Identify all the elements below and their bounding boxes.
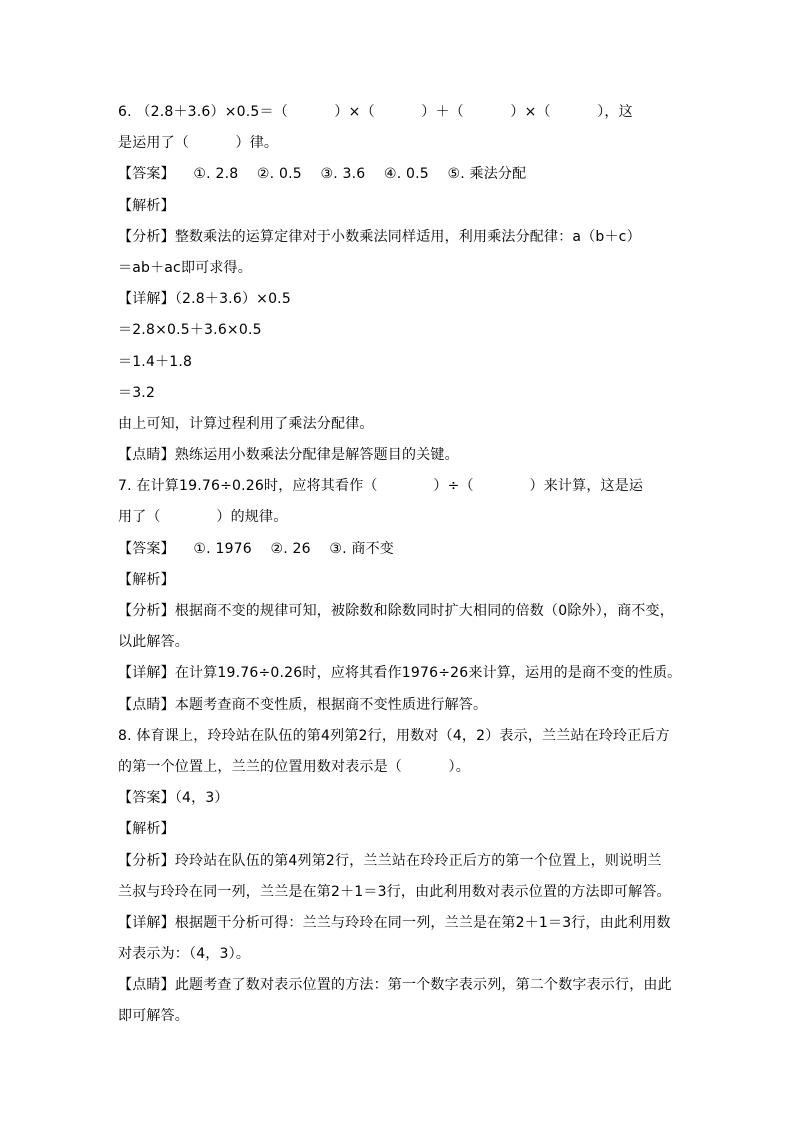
analysis-line: 【分析】玲玲站在队伍的第4列第2行，兰兰站在玲玲正后方的第一个位置上，则说明兰 <box>118 849 678 880</box>
detail-text: 根据题干分析可得：兰兰与玲玲在同一列，兰兰是在第2＋1＝3行，由此利用数 <box>175 915 671 931</box>
question-7: 7. 在计算19.76÷0.26时，应将其看作（ ）÷（ ）来计算，这是运 用了… <box>118 474 678 724</box>
comment-line: 即可解答。 <box>118 1004 678 1035</box>
detail-line: 【详解】根据题干分析可得：兰兰与玲玲在同一列，兰兰是在第2＋1＝3行，由此利用数 <box>118 911 678 942</box>
answer-line: 【答案】 ①. 1976 ②. 26 ③. 商不变 <box>118 537 678 568</box>
question-stem-line: 的第一个位置上，兰兰的位置用数对表示是（ ）。 <box>118 755 678 786</box>
document-page: 6. （2.8＋3.6）×0.5＝（ ）×（ ）＋（ ）×（ ），这 是运用了（… <box>118 100 678 1036</box>
comment-label: 【点睛】 <box>118 977 175 993</box>
detail-line: 【详解】在计算19.76÷0.26时，应将其看作1976÷26来计算，运用的是商… <box>118 661 678 692</box>
comment-line: 【点睛】本题考查商不变性质，根据商不变性质进行解答。 <box>118 693 678 724</box>
answer-label: 【答案】 <box>118 166 175 182</box>
detail-text: （2.8＋3.6）×0.5 <box>175 291 291 307</box>
analysis-label: 【分析】 <box>118 853 175 869</box>
comment-label: 【点睛】 <box>118 447 175 463</box>
comment-text: 本题考查商不变性质，根据商不变性质进行解答。 <box>175 697 487 713</box>
detail-label: 【详解】 <box>118 915 175 931</box>
question-6: 6. （2.8＋3.6）×0.5＝（ ）×（ ）＋（ ）×（ ），这 是运用了（… <box>118 100 678 474</box>
analysis-line: 【分析】整数乘法的运算定律对于小数乘法同样适用，利用乘法分配律：a（b＋c） <box>118 225 678 256</box>
detail-line: ＝1.4＋1.8 <box>118 350 678 381</box>
answer-line: 【答案】 ①. 2.8 ②. 0.5 ③. 3.6 ④. 0.5 ⑤. 乘法分配 <box>118 162 678 193</box>
analysis-label: 【分析】 <box>118 603 175 619</box>
detail-line: ＝3.2 <box>118 381 678 412</box>
analysis-heading: 【解析】 <box>118 817 678 848</box>
comment-line: 【点睛】此题考查了数对表示位置的方法：第一个数字表示列，第二个数字表示行，由此 <box>118 973 678 1004</box>
question-stem-line: 是运用了（ ）律。 <box>118 131 678 162</box>
detail-line: 由上可知，计算过程利用了乘法分配律。 <box>118 412 678 443</box>
detail-label: 【详解】 <box>118 665 175 681</box>
comment-text: 此题考查了数对表示位置的方法：第一个数字表示列，第二个数字表示行，由此 <box>175 977 672 993</box>
analysis-text: 根据商不变的规律可知，被除数和除数同时扩大相同的倍数（0除外），商不变， <box>175 603 674 619</box>
comment-text: 熟练运用小数乘法分配律是解答题目的关键。 <box>175 447 459 463</box>
detail-line: 对表示为：（4，3）。 <box>118 942 678 973</box>
detail-line: 【详解】（2.8＋3.6）×0.5 <box>118 287 678 318</box>
analysis-line: 兰叔与玲玲在同一列，兰兰是在第2＋1＝3行，由此利用数对表示位置的方法即可解答。 <box>118 880 678 911</box>
question-stem-line: 8. 体育课上，玲玲站在队伍的第4列第2行，用数对（4，2）表示，兰兰站在玲玲正… <box>118 724 678 755</box>
analysis-line: 【分析】根据商不变的规律可知，被除数和除数同时扩大相同的倍数（0除外），商不变， <box>118 599 678 630</box>
answer-text: ①. 1976 ②. 26 ③. 商不变 <box>175 541 394 557</box>
question-8: 8. 体育课上，玲玲站在队伍的第4列第2行，用数对（4，2）表示，兰兰站在玲玲正… <box>118 724 678 1036</box>
analysis-heading: 【解析】 <box>118 568 678 599</box>
analysis-line: ＝ab＋ac即可求得。 <box>118 256 678 287</box>
analysis-text: 玲玲站在队伍的第4列第2行，兰兰站在玲玲正后方的第一个位置上，则说明兰 <box>175 853 662 869</box>
analysis-label: 【分析】 <box>118 229 175 245</box>
analysis-text: 整数乘法的运算定律对于小数乘法同样适用，利用乘法分配律：a（b＋c） <box>175 229 641 245</box>
answer-label: 【答案】 <box>118 541 175 557</box>
detail-label: 【详解】 <box>118 291 175 307</box>
question-stem-line: 6. （2.8＋3.6）×0.5＝（ ）×（ ）＋（ ）×（ ），这 <box>118 100 678 131</box>
answer-text: （4，3） <box>175 790 229 806</box>
detail-line: ＝2.8×0.5＋3.6×0.5 <box>118 318 678 349</box>
comment-label: 【点睛】 <box>118 697 175 713</box>
detail-text: 在计算19.76÷0.26时，应将其看作1976÷26来计算，运用的是商不变的性… <box>175 665 682 681</box>
answer-label: 【答案】 <box>118 790 175 806</box>
comment-line: 【点睛】熟练运用小数乘法分配律是解答题目的关键。 <box>118 443 678 474</box>
question-stem-line: 7. 在计算19.76÷0.26时，应将其看作（ ）÷（ ）来计算，这是运 <box>118 474 678 505</box>
answer-line: 【答案】（4，3） <box>118 786 678 817</box>
analysis-heading: 【解析】 <box>118 194 678 225</box>
question-stem-line: 用了（ ）的规律。 <box>118 505 678 536</box>
analysis-line: 以此解答。 <box>118 630 678 661</box>
answer-text: ①. 2.8 ②. 0.5 ③. 3.6 ④. 0.5 ⑤. 乘法分配 <box>175 166 527 182</box>
